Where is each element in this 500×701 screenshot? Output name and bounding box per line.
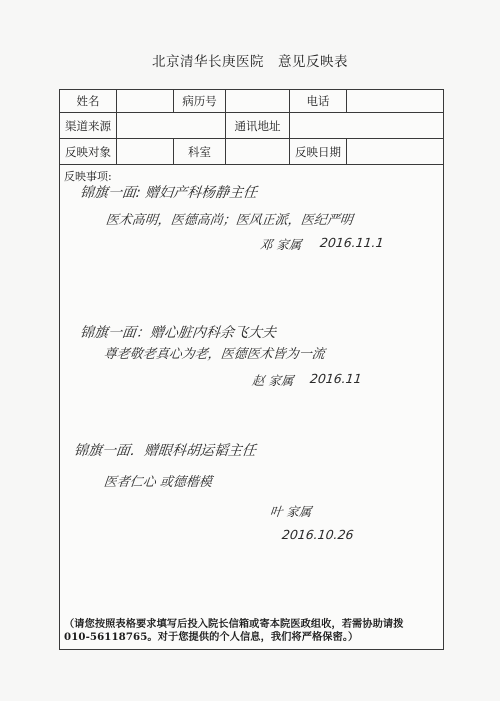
name-field[interactable] [117,90,174,113]
phone-field[interactable] [347,90,443,113]
entry-2-message: 尊老敬老真心为老，医德医术皆为一流 [103,343,326,362]
date-field[interactable] [347,139,443,165]
target-label: 反映对象 [60,139,117,165]
channel-label: 渠道来源 [60,113,117,139]
channel-field[interactable] [117,113,226,139]
record-number-label: 病历号 [174,90,226,113]
entry-2-date: 2016.11 [309,371,362,386]
entry-3-date: 2016.10.26 [281,527,354,542]
entry-2-signer: 赵 家属 [251,371,294,389]
date-label: 反映日期 [290,139,347,165]
hospital-name: 北京清华长庚医院 [152,54,264,70]
entry-1-signer: 邓 家属 [259,235,302,253]
department-label: 科室 [174,139,226,165]
footnote-line-1: （请您按照表格要求填写后投入院长信箱或寄本院医政组收，若需协助请拨 [64,618,442,631]
record-number-field[interactable] [226,90,290,113]
department-field[interactable] [226,139,290,165]
entry-2-banner: 锦旗一面：赠心脏内科余飞大夫 [79,322,277,342]
name-label: 姓名 [60,90,117,113]
instructions-footnote: （请您按照表格要求填写后投入院长信箱或寄本院医政组收，若需协助请拨 010-56… [64,618,442,644]
entry-1-date: 2016.11.1 [319,235,384,250]
form-name: 意见反映表 [278,54,348,70]
entry-1-message: 医术高明，医德高尚；医风正派，医纪严明 [105,209,354,228]
entry-1-banner: 锦旗一面: 赠妇产科杨静主任 [79,182,258,202]
entry-3-banner: 锦旗一面．赠眼科胡运韬主任 [73,440,257,460]
feedback-form: 姓名 病历号 电话 渠道来源 通讯地址 反映对象 科室 反映日期 反映事项: 锦… [59,89,444,650]
phone-label: 电话 [290,90,347,113]
target-field[interactable] [117,139,174,165]
address-field[interactable] [290,113,443,139]
address-label: 通讯地址 [226,113,290,139]
entry-3-message: 医者仁心 或德楷模 [103,471,213,490]
entry-3-signer: 叶 家属 [269,502,312,520]
page-title: 北京清华长庚医院意见反映表 [0,50,500,70]
footnote-line-2: 010-56118765。对于您提供的个人信息，我们将严格保密。） [64,631,442,644]
